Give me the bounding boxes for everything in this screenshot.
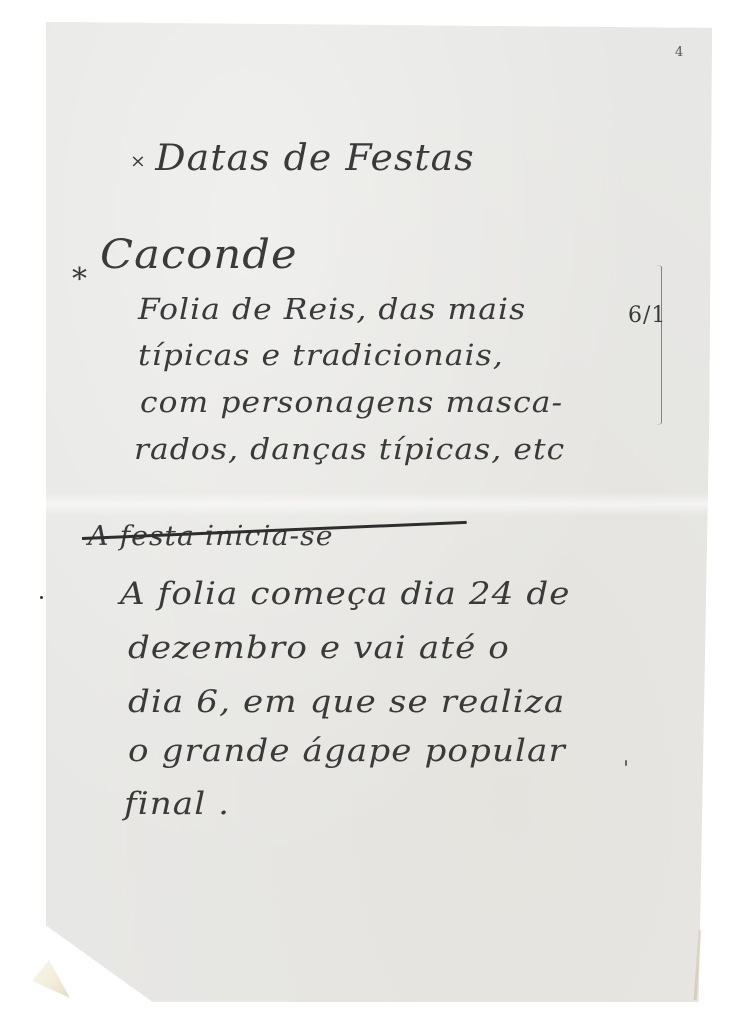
page-number: 4 <box>675 45 684 60</box>
asterisk-icon: * <box>72 262 88 297</box>
place-heading: Caconde <box>100 232 298 278</box>
text-line: dia 6, em que se realiza <box>128 684 565 720</box>
margin-note: 6/1 <box>628 303 666 328</box>
text-line: típicas e tradicionais, <box>138 338 504 372</box>
text-line: dezembro e vai até o <box>128 630 510 666</box>
margin-bracket <box>655 265 662 425</box>
paper-speck <box>40 596 43 599</box>
x-mark-icon: × <box>130 151 147 172</box>
text-line: rados, danças típicas, etc <box>134 432 565 466</box>
text-line: Folia de Reis, das mais <box>138 292 526 326</box>
title-text: Datas de Festas <box>155 138 474 179</box>
text-line: A folia começa dia 24 de <box>120 576 571 612</box>
paper-speck <box>625 760 627 766</box>
folded-corner <box>32 960 70 998</box>
text-line: com personagens masca- <box>140 385 563 419</box>
text-line: final . <box>124 786 230 822</box>
text-line: o grande ágape popular <box>128 733 566 769</box>
page-title: ×Datas de Festas <box>130 138 475 179</box>
